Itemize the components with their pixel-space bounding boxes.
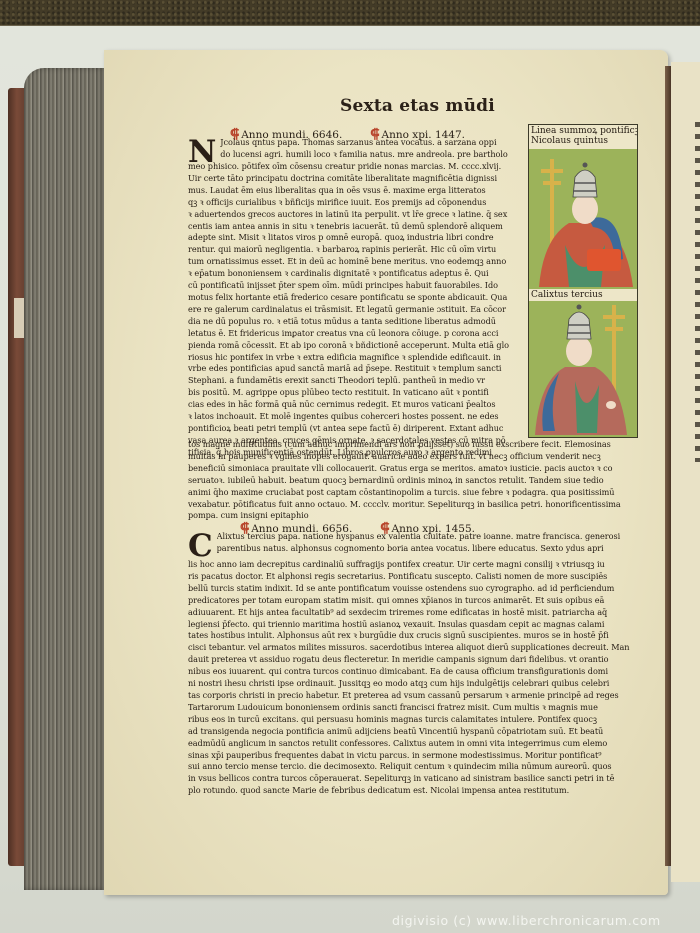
running-head: Sexta etas mūdi <box>340 96 495 116</box>
text-line: multas in pauperes ꝛ v̄gines inopes erog… <box>188 451 640 463</box>
text-line: pontificioꝝ beati petri templū (vt antea… <box>188 423 526 435</box>
section-1-body: meo phisico. pōtifex oīm cōsensu creatur… <box>188 161 526 459</box>
caption-line: Linea summoꝝ pontificꝫ <box>531 126 635 136</box>
text-line: parentibus natus. alphonsus cognomento b… <box>217 543 640 555</box>
text-line: ꝛ latos inchoauit. Et molē ingentes quib… <box>188 411 526 423</box>
caption-top: Linea summoꝝ pontificꝫ Nicolaus quintus <box>529 125 637 149</box>
text-line: Stephani. a fundamētis erexit sancti The… <box>188 375 526 387</box>
caption-pope-name: Nicolaus quintus <box>531 136 635 146</box>
watermark: digivisio (c) www.liberchronicarum.com <box>392 913 661 928</box>
text-line: beneficiū simoniaca prauitate vlli collo… <box>188 463 640 475</box>
section-2-body: C Alixtus tercius papa. natione hyspanus… <box>188 531 640 797</box>
text-line: motus felix hortante etiā frederico cesa… <box>188 292 526 304</box>
text-line: eadmūdū anglicum in sanctos retulit conf… <box>188 738 640 750</box>
text-line: in vsus bellicos contra turcos cōperauer… <box>188 773 640 785</box>
text-line: cū pontificatū inijsset p̄ter spem oīm. … <box>188 280 526 292</box>
text-line: legiensi p̄fecto. qui triennio maritima … <box>188 619 640 631</box>
caption-bottom: Calixtus tercius <box>529 289 637 301</box>
text-line: vrbe edes pontificias apud sanctā mariā … <box>188 363 526 375</box>
text-line: Alixtus tercius papa. natione hyspanus e… <box>217 531 640 543</box>
text-line: mus. Laudat ēm eius liberalitas qua in o… <box>188 185 526 197</box>
text-line: vexabatur. pōtificatus fuit anno octauo.… <box>188 499 640 511</box>
pope-callixtus-iii-figure <box>529 301 637 437</box>
text-line: cisci tebantur. vel armatos milites miss… <box>188 642 640 654</box>
text-line: lis hoc anno iam decrepitus cardinaliū s… <box>188 559 640 571</box>
section-1-full-width: tos magne multitudinis (cum adhuc imprim… <box>188 439 640 522</box>
text-line: letatus ē. Et fridericus imꝑator creatus… <box>188 328 526 340</box>
text-line: ribus eos in turcū excitans. qui persuas… <box>188 714 640 726</box>
text-line: predicatores per totam europam statim mi… <box>188 595 640 607</box>
text-line: ni nostri ihesu christi ipse ordinauit. … <box>188 678 640 690</box>
initial-letter: C <box>188 533 213 559</box>
text-line: nibus eos iuuarent. qui contra turcos co… <box>188 666 640 678</box>
text-line: meo phisico. pōtifex oīm cōsensu creatur… <box>188 161 526 173</box>
text-line: Tartarorum Ludouicum bononiensem ordinis… <box>188 702 640 714</box>
text-line: centis iam antea annis in situ ꝛ tenebri… <box>188 221 526 233</box>
text-line: animi q̄ho maxime cruciabat post captam … <box>188 487 640 499</box>
text-line: tos magne multitudinis (cum adhuc imprim… <box>188 439 640 451</box>
text-line: bis positū. M. agrippe opus plūbeo tecto… <box>188 387 526 399</box>
text-line: riosus hic pontifex in vrbe ꝛ extra edif… <box>188 352 526 364</box>
text-line: tates hostibus intulit. Alphonsus aūt re… <box>188 630 640 642</box>
text-line: adiuuarent. Et hijs antea facultatib⁹ ad… <box>188 607 640 619</box>
text-line: tum ornatissimus esset. Et in deū ac hom… <box>188 256 526 268</box>
text-line: ꝛ aduertendos grecos auctores in latinū … <box>188 209 526 221</box>
text-line: Uir certe tāto principatu doctrina comit… <box>188 173 526 185</box>
facing-page-text <box>695 122 700 462</box>
text-line: do lucensi agri. humili loco ꝛ familia n… <box>220 149 526 161</box>
text-line: ad transigenda negocia pontificia animū … <box>188 726 640 738</box>
text-line: Jcolaus qntus papa. Thomas sarzanus ante… <box>220 137 526 149</box>
text-line: rentur. qui maiorū negligentia. ꝛ barbar… <box>188 244 526 256</box>
text-line: tas corporis christi in precio habetur. … <box>188 690 640 702</box>
page-stack-edge <box>24 68 106 890</box>
text-line: ꝛ ep̄atum bononiensem ꝛ cardinalis digni… <box>188 268 526 280</box>
text-line: sui anno tercio mense tercio. die decimo… <box>188 761 640 773</box>
text-line: sinas xp̄i pauperibus frequentes dabat i… <box>188 750 640 762</box>
pope-nicholas-v-figure <box>529 149 637 289</box>
text-line: dauit preterea vt assiduo rogatu deus fl… <box>188 654 640 666</box>
facing-page-edge <box>671 62 700 882</box>
text-line: cias edes in hāc formā quā nūc cernimus … <box>188 399 526 411</box>
text-line: ere re galerum cardinalatus ei trāsmisit… <box>188 304 526 316</box>
text-line: seruatoꝛ. iubileū habuit. beatum quocꝫ b… <box>188 475 640 487</box>
text-line: ris pacatus doctor. Et alphonsi regis se… <box>188 571 640 583</box>
text-line: pienda romā cōcessit. Et ab ipo coronā ꝛ… <box>188 340 526 352</box>
woodcut-illustration: Linea summoꝝ pontificꝫ Nicolaus quintus … <box>528 124 638 438</box>
text-line: bellū turcis statim indixit. Id se ante … <box>188 583 640 595</box>
text-line: plo rotundo. quod sancte Marie de febrib… <box>188 785 640 797</box>
carpet-background <box>0 0 700 26</box>
text-line: qꝫ ꝛ officijs curialibus ꝛ bñficijs miri… <box>188 197 526 209</box>
text-line: dia ne dū populus ro. ꝛ etiā totus mūdus… <box>188 316 526 328</box>
text-line: adepte sint. Misit ꝛ litatos viros p omn… <box>188 232 526 244</box>
